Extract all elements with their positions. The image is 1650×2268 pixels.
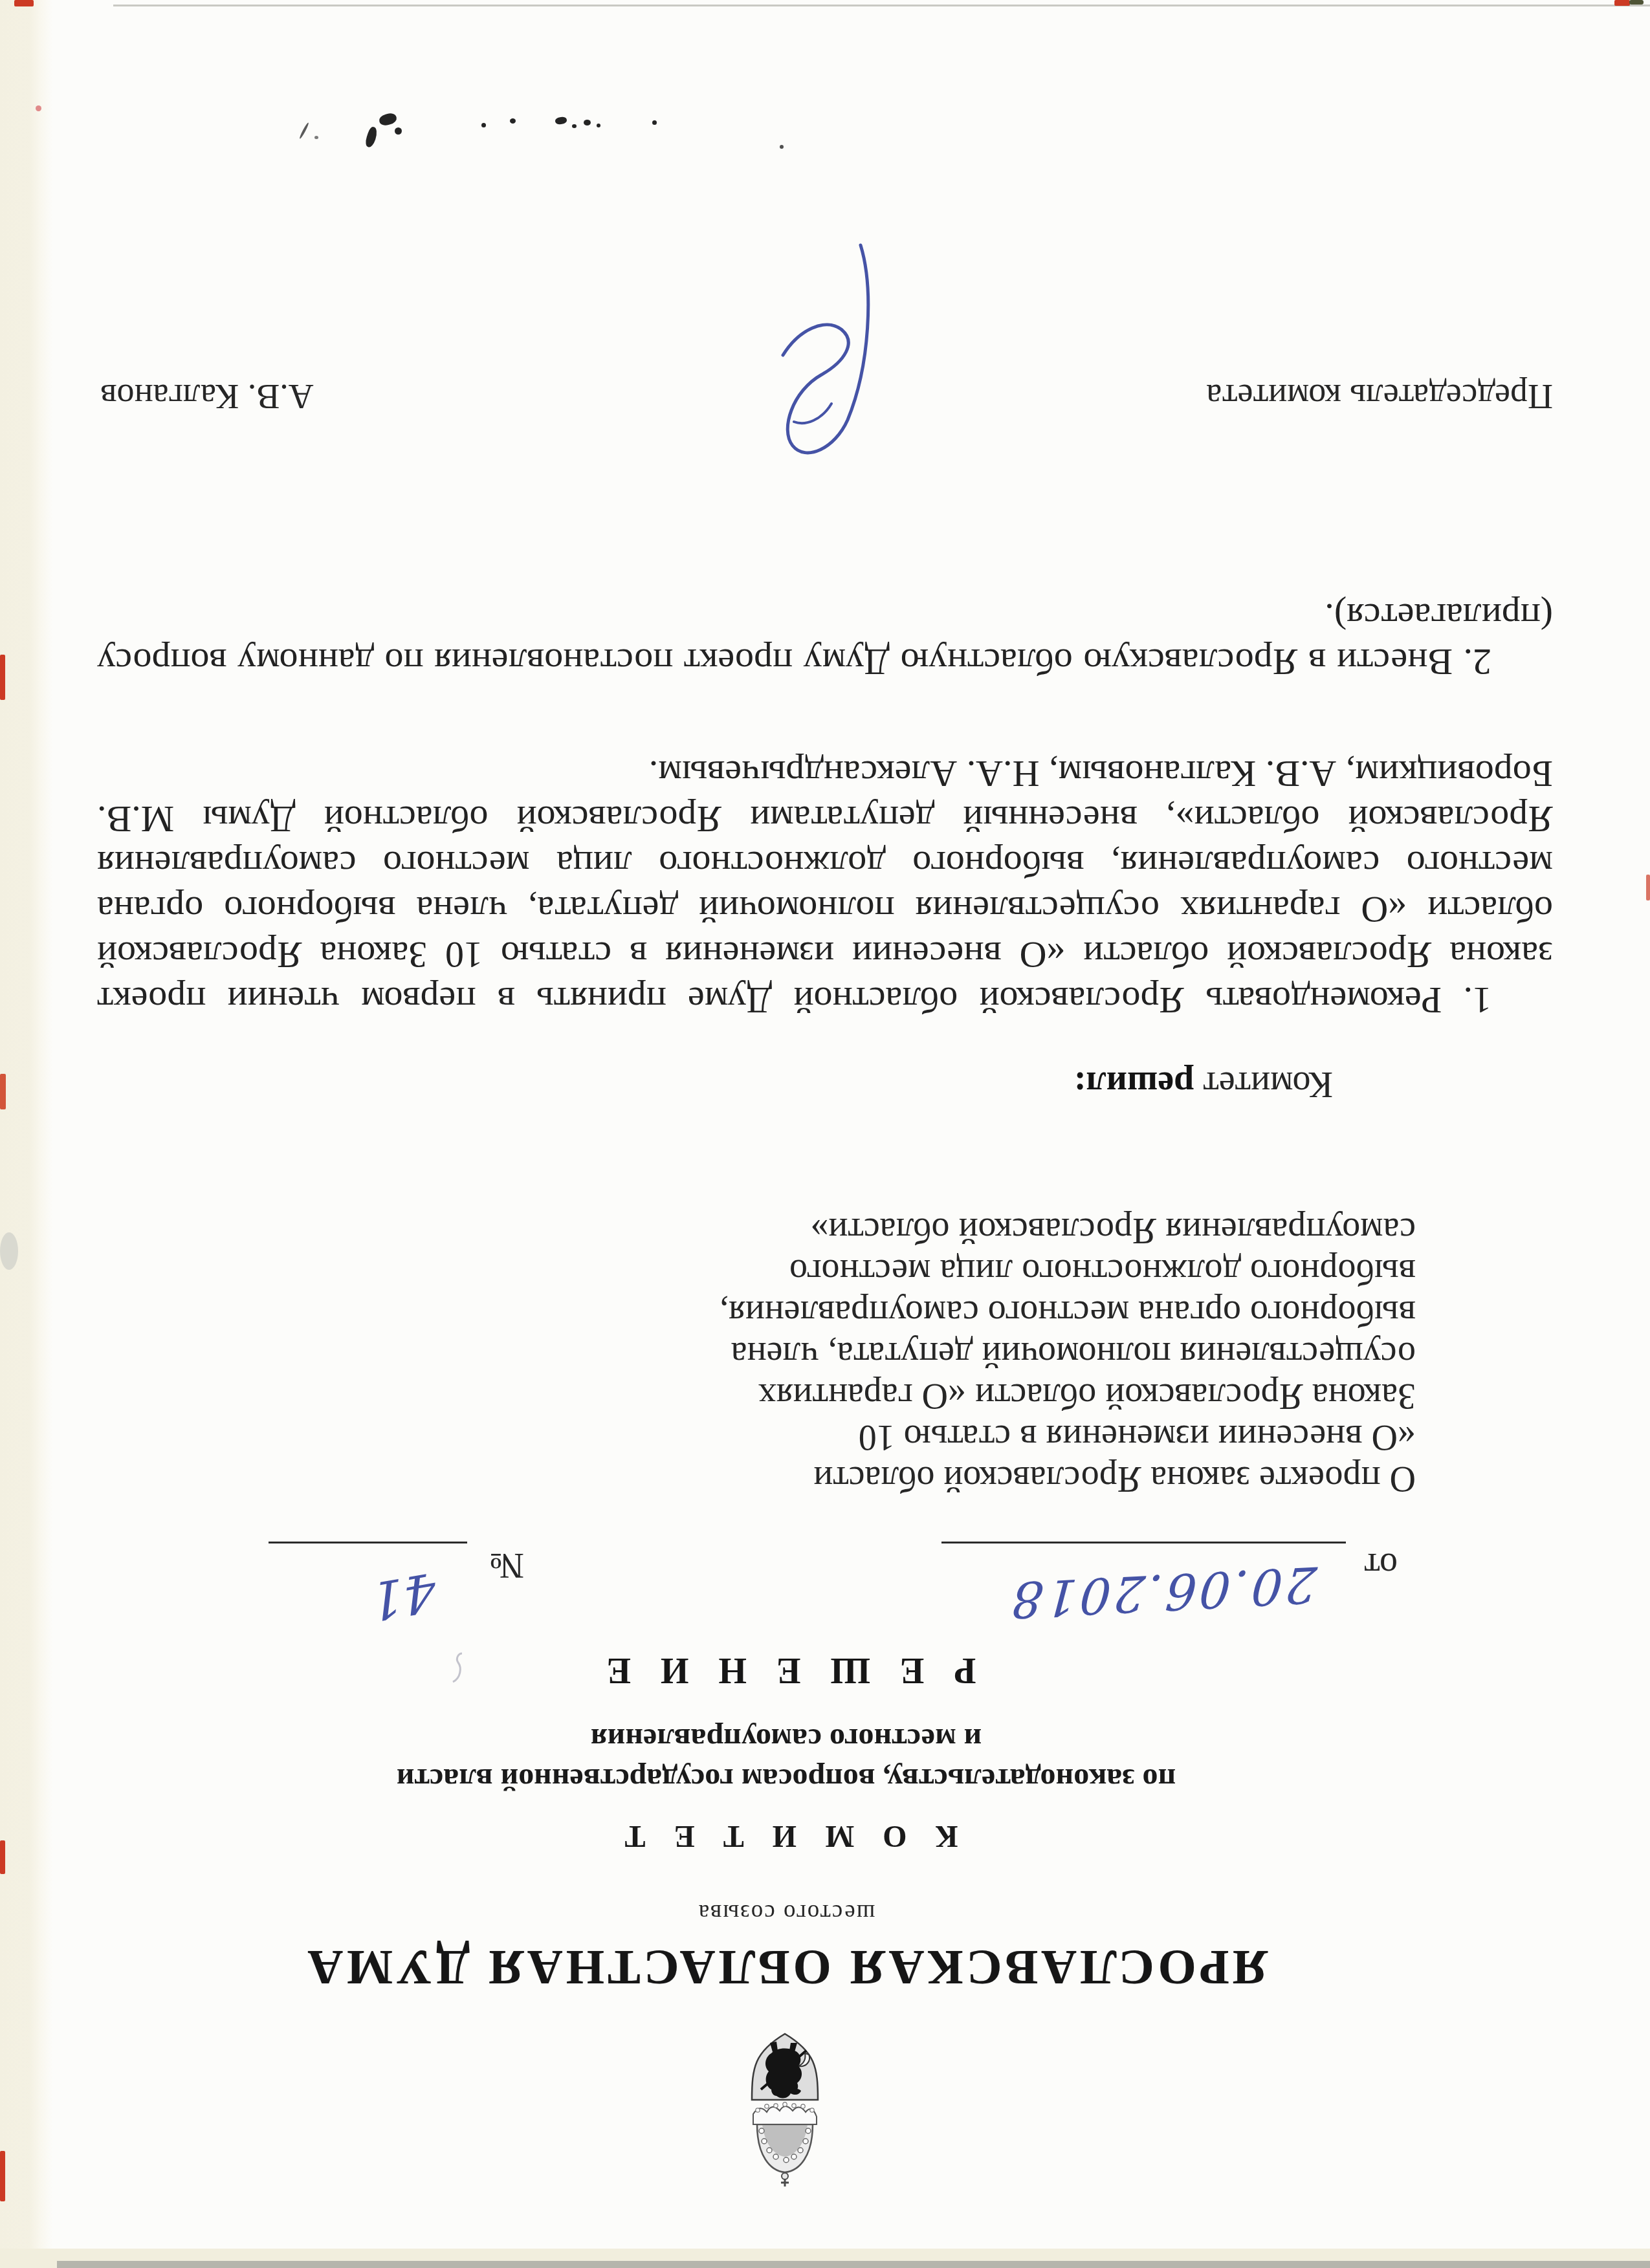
subject-line: О проекте закона Ярославской области	[633, 1458, 1416, 1499]
scanner-bottom-shadow-strip	[57, 2261, 1650, 2268]
decision-intro: Комитет решил:	[1074, 1063, 1333, 1105]
red-edge-mark	[0, 1840, 5, 1874]
committee-name-line1: по законодательству, вопросам государств…	[0, 1761, 1572, 1797]
red-edge-mark	[0, 655, 5, 700]
subject-line: «О внесении изменения в статью 10	[633, 1417, 1416, 1458]
ink-speck	[652, 120, 657, 125]
number-underline	[269, 1542, 467, 1543]
ink-speck	[481, 123, 486, 127]
decision-item-2: 2. Внести в Ярославскую областную Думу п…	[97, 594, 1553, 684]
handwritten-date: 20.06.2018	[1007, 1555, 1319, 1629]
red-edge-mark	[1646, 875, 1650, 900]
signature-position: Председатель комитета	[1206, 376, 1553, 417]
committee-label: К О М И Т Е Т	[0, 1818, 1572, 1854]
ink-speck	[572, 124, 577, 128]
ink-speck	[584, 120, 591, 125]
handwritten-number: 41	[369, 1560, 438, 1632]
yaroslavl-coat-of-arms-icon	[736, 2019, 833, 2188]
number-label: №	[490, 1545, 524, 1586]
red-edge-mark	[0, 1074, 6, 1109]
pink-dot-artifact	[36, 105, 41, 111]
org-name: ЯРОСЛАВСКАЯ ОБЛАСТНАЯ ДУМА	[0, 1939, 1572, 1995]
handwritten-signature	[734, 219, 896, 481]
decision-item-1: 1. Рекомендовать Ярославской областной Д…	[97, 751, 1553, 1023]
scanner-top-edge-line	[113, 5, 1650, 6]
red-edge-mark	[0, 2151, 5, 2201]
subject-block: О проекте закона Ярославской области «О …	[633, 1210, 1416, 1499]
document-rotated-180: ЯРОСЛАВСКАЯ ОБЛАСТНАЯ ДУМА шестого созыв…	[0, 0, 1650, 2268]
committee-name-line2: и местного самоуправления	[0, 1721, 1572, 1757]
scanner-backing-left-band	[0, 0, 53, 2268]
convocation: шестого созыва	[0, 1899, 1572, 1926]
red-edge-mark	[1614, 0, 1630, 6]
decision-intro-bold: решил:	[1074, 1064, 1194, 1104]
red-edge-mark	[14, 0, 34, 6]
faint-pen-mark	[448, 1648, 467, 1685]
olive-edge-mark	[1629, 0, 1644, 5]
ink-speck	[780, 145, 784, 149]
ink-speck	[597, 124, 600, 127]
subject-line: Закона Ярославской области «О гарантиях	[633, 1375, 1416, 1417]
ink-speck	[510, 118, 516, 124]
ink-speck	[314, 136, 318, 139]
subject-line: самоуправления Ярославской области»	[633, 1210, 1416, 1251]
ink-speck	[395, 127, 402, 135]
subject-line: выборного должностного лица местного	[633, 1251, 1416, 1292]
date-underline	[941, 1542, 1346, 1543]
subject-line: выборного органа местного самоуправления…	[633, 1292, 1416, 1334]
decision-intro-normal: Комитет	[1194, 1064, 1333, 1104]
resolution-document: ЯРОСЛАВСКАЯ ОБЛАСТНАЯ ДУМА шестого созыв…	[0, 0, 1650, 2268]
doc-type-title: Р Е Ш Е Н И Е	[0, 1650, 1572, 1691]
subject-line: осуществления полномочий депутата, члена	[633, 1334, 1416, 1375]
signature-name: А.В. Калганов	[100, 376, 314, 417]
gray-smudge	[0, 1232, 18, 1270]
scanned-page: ЯРОСЛАВСКАЯ ОБЛАСТНАЯ ДУМА шестого созыв…	[0, 0, 1650, 2268]
date-from-label: от	[1364, 1545, 1398, 1586]
